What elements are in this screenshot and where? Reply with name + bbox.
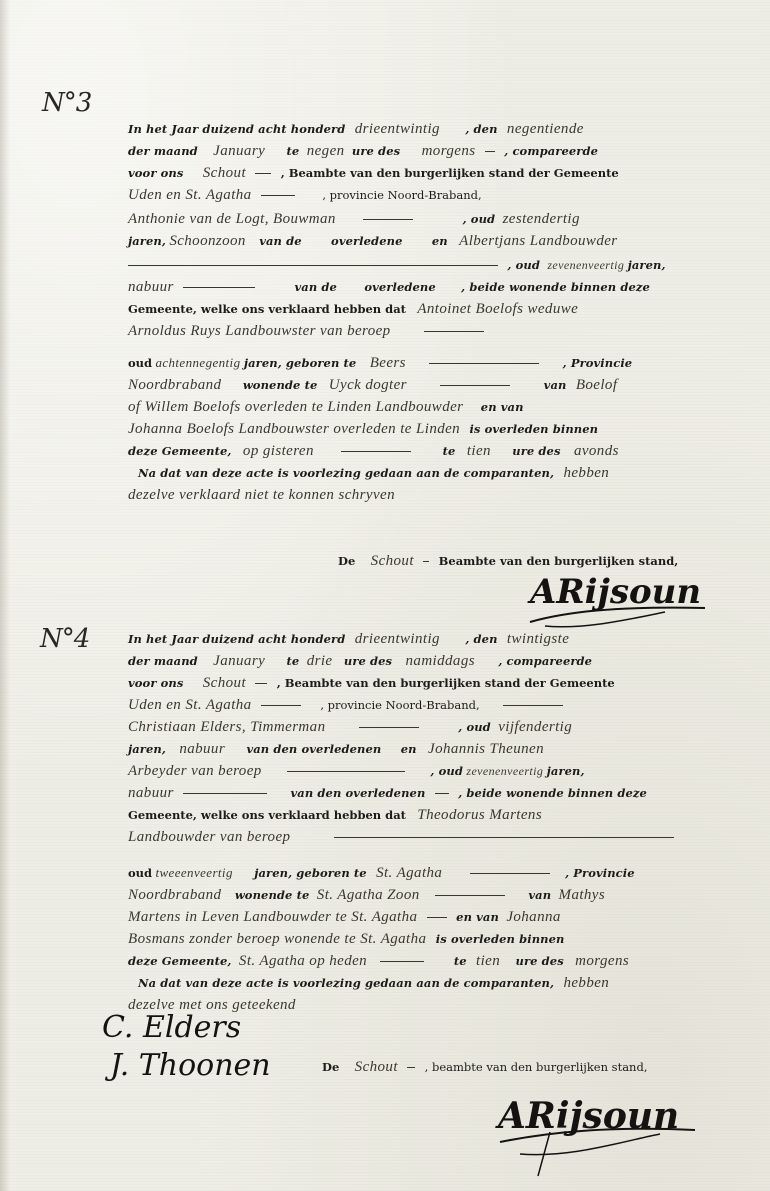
record-4-closing: De Schout , beambte van den burgerlijken…: [322, 1056, 722, 1078]
fill-dash: [470, 873, 550, 874]
record-4-line-9: Gemeente, welke ons verklaard hebben dat…: [128, 804, 710, 826]
handwritten-time-of-day: namiddags: [406, 653, 475, 669]
printed-text: te: [287, 144, 300, 158]
printed-text: jaren,: [128, 234, 166, 248]
fill-dash: [427, 917, 447, 918]
handwritten-age: achtennegentig: [155, 355, 240, 370]
fill-dash: [423, 561, 429, 562]
record-4-line-16: Na dat van deze acte is voorlezing gedaa…: [138, 972, 720, 994]
handwritten-age: vijfendertig: [498, 719, 572, 735]
fill-dash: [407, 1067, 415, 1068]
handwritten-declarant-2: Albertjans Landbouwder: [459, 233, 617, 249]
record-3-line-8: nabuur van de overledene , beide wonende…: [128, 276, 710, 298]
handwritten-occupation: Landbouwder van beroep: [128, 829, 290, 845]
page-edge-shadow: [0, 0, 10, 1191]
record-3-line-15: deze Gemeente, op gisteren te tien ure d…: [128, 440, 710, 462]
printed-text: De: [322, 1060, 339, 1074]
handwritten-relation: Schoonzoon: [169, 233, 246, 249]
printed-text: der maand: [128, 654, 198, 668]
printed-text: ure des: [512, 444, 560, 458]
witness-signature-2: J. Thoonen: [110, 1048, 271, 1083]
record-4-line-5: Christiaan Elders, Timmerman , oud vijfe…: [128, 716, 710, 738]
record-4-line-14: Bosmans zonder beroep wonende te St. Aga…: [128, 928, 710, 950]
handwritten-declarant-1: Christiaan Elders, Timmerman: [128, 719, 325, 735]
record-3-line-7: , oud zevenenveertig jaren,: [128, 254, 710, 276]
printed-text: , den: [465, 122, 497, 136]
printed-text: wonende te: [235, 888, 310, 902]
fill-dash: [363, 219, 413, 220]
record-4-line-10: Landbouwder van beroep: [128, 826, 710, 848]
handwritten-time-of-day: morgens: [422, 143, 476, 159]
record-3-line-13: of Willem Boelofs overleden te Linden La…: [128, 396, 710, 418]
record-4-line-1: In het Jaar duizend acht honderd drieent…: [128, 628, 710, 650]
handwritten-mother-details: Johanna Boelofs Landbouwster overleden t…: [128, 421, 460, 437]
record-4-line-12: Noordbraband wonende te St. Agatha Zoon …: [128, 884, 710, 906]
printed-text: , beide wonende binnen deze: [461, 280, 650, 294]
printed-text: , compareerde: [504, 144, 598, 158]
handwritten-declarant-1: Anthonie van de Logt, Bouwman: [128, 211, 336, 227]
handwritten-province: Noordbraband: [128, 887, 221, 903]
fill-dash: [435, 793, 449, 794]
record-4-line-13: Martens in Leven Landbouwder te St. Agat…: [128, 906, 710, 928]
handwritten-text: hebben: [563, 465, 609, 481]
handwritten-father-details: of Willem Boelofs overleden te Linden La…: [128, 399, 463, 415]
printed-text: van: [528, 888, 551, 902]
record-4-line-4: Uden en St. Agatha , provincie Noord-Bra…: [128, 694, 710, 716]
printed-text: deze Gemeente,: [128, 954, 232, 968]
printed-text: ure des: [344, 654, 392, 668]
printed-text: wonende te: [243, 378, 318, 392]
handwritten-residence: St. Agatha Zoon: [317, 887, 420, 903]
fill-dash: [183, 287, 255, 288]
printed-text: oud: [128, 356, 152, 370]
handwritten-office: Schout: [203, 675, 246, 691]
handwritten-declarant-2: Johannis Theunen: [428, 741, 544, 757]
document-page: N°3 In het Jaar duizend acht honderd dri…: [0, 0, 770, 1191]
printed-text: jaren,: [628, 258, 666, 272]
record-4-line-6: jaren, nabuur van den overledenen en Joh…: [128, 738, 710, 760]
printed-text: deze Gemeente,: [128, 444, 232, 458]
handwritten-statement: dezelve verklaard niet te konnen schryve…: [128, 487, 395, 503]
fill-dash: [503, 705, 563, 706]
record-3-line-5: Anthonie van de Logt, Bouwman , oud zest…: [128, 208, 710, 230]
printed-text: , provincie Noord-Braband,: [320, 698, 479, 712]
printed-text: der maand: [128, 144, 198, 158]
handwritten-father: Mathys: [559, 887, 606, 903]
record-3-line-16: Na dat van deze acte is voorlezing gedaa…: [138, 462, 720, 484]
handwritten-date: St. Agatha op heden: [239, 953, 367, 969]
printed-text: , den: [465, 632, 497, 646]
record-3-line-4: Uden en St. Agatha , provincie Noord-Bra…: [128, 184, 710, 206]
printed-text: is overleden binnen: [469, 422, 598, 436]
printed-text: overledene: [331, 234, 402, 248]
record-4-line-8: nabuur van den overledenen , beide wonen…: [128, 782, 710, 804]
printed-text: en van: [456, 910, 499, 924]
handwritten-age: zevenenveertig: [466, 764, 543, 778]
handwritten-residence: Uyck dogter: [329, 377, 407, 393]
printed-text: van den overledenen: [246, 742, 381, 756]
fill-dash: [380, 961, 424, 962]
record-4-line-7: Arbeyder van beroep , oud zevenenveertig…: [128, 760, 710, 782]
record-4-line-3: voor ons Schout , Beambte van den burger…: [128, 672, 710, 694]
handwritten-deceased: Theodorus Martens: [417, 807, 542, 823]
record-3-line-11: oud achtennegentig jaren, geboren te Bee…: [128, 352, 710, 374]
record-3-line-3: voor ons Schout , Beambte van den burger…: [128, 162, 710, 184]
printed-text: , oud: [430, 764, 463, 778]
handwritten-text: hebben: [563, 975, 609, 991]
printed-text: van den overledenen: [291, 786, 426, 800]
handwritten-office: Schout: [371, 553, 414, 569]
fill-dash: [287, 771, 405, 772]
printed-text: Gemeente, welke ons verklaard hebben dat: [128, 808, 406, 822]
printed-text: , compareerde: [498, 654, 592, 668]
handwritten-office: Schout: [203, 165, 246, 181]
printed-text: Na dat van deze acte is voorlezing gedaa…: [138, 466, 554, 480]
printed-text: , Beambte van den burgerlijken stand der…: [277, 676, 615, 690]
record-3-line-9: Gemeente, welke ons verklaard hebben dat…: [128, 298, 710, 320]
record-3-line-1: In het Jaar duizend acht honderd drieent…: [128, 118, 710, 140]
printed-text: De: [338, 554, 355, 568]
handwritten-municipality: Uden en St. Agatha: [128, 697, 252, 713]
handwritten-relation: nabuur: [128, 785, 174, 801]
printed-text: , provincie Noord-Braband,: [322, 188, 481, 202]
fill-dash: [341, 451, 411, 452]
printed-text: Na dat van deze acte is voorlezing gedaa…: [138, 976, 554, 990]
printed-text: te: [443, 444, 456, 458]
handwritten-hour: tien: [467, 443, 491, 459]
printed-text: In het Jaar duizend acht honderd: [128, 632, 345, 646]
handwritten-day: negentiende: [507, 121, 584, 137]
printed-text: , Beambte van den burgerlijken stand der…: [281, 166, 619, 180]
handwritten-deceased: Antoinet Boelofs weduwe: [417, 301, 578, 317]
printed-text: ure des: [516, 954, 564, 968]
record-3-line-12: Noordbraband wonende te Uyck dogter van …: [128, 374, 710, 396]
witness-signature-1: C. Elders: [102, 1010, 241, 1045]
record-3-line-6: jaren, Schoonzoon van de overledene en A…: [128, 230, 710, 252]
record-3-line-10: Arnoldus Ruys Landbouwster van beroep: [128, 320, 710, 342]
handwritten-office: Schout: [355, 1059, 398, 1075]
printed-text: te: [454, 954, 467, 968]
record-3-line-17: dezelve verklaard niet te konnen schryve…: [128, 484, 710, 506]
printed-text: te: [287, 654, 300, 668]
handwritten-relation: nabuur: [128, 279, 174, 295]
printed-text: ure des: [352, 144, 400, 158]
handwritten-date: op gisteren: [243, 443, 314, 459]
handwritten-age: tweeenveertig: [155, 865, 232, 880]
handwritten-hour: tien: [476, 953, 500, 969]
fill-dash: [440, 385, 510, 386]
handwritten-birthplace: St. Agatha: [376, 865, 442, 881]
handwritten-occupation: Arbeyder van beroep: [128, 763, 262, 779]
handwritten-mother: Johanna: [506, 909, 560, 925]
fill-dash: [128, 265, 498, 266]
printed-text: oud: [128, 866, 152, 880]
printed-text: Gemeente, welke ons verklaard hebben dat: [128, 302, 406, 316]
handwritten-father-details: Martens in Leven Landbouwder te St. Agat…: [128, 909, 417, 925]
handwritten-deceased-spouse: Arnoldus Ruys Landbouwster van beroep: [128, 323, 391, 339]
handwritten-year: drieentwintig: [355, 631, 440, 647]
handwritten-age: zevenenveertig: [547, 258, 624, 272]
fill-dash: [255, 173, 271, 174]
record-4-line-2: der maand January te drie ure des namidd…: [128, 650, 710, 672]
handwritten-day: twintigste: [507, 631, 569, 647]
printed-text: is overleden binnen: [436, 932, 565, 946]
printed-text: voor ons: [128, 166, 183, 180]
printed-text: jaren,: [547, 764, 585, 778]
printed-text: , Provincie: [565, 866, 635, 880]
printed-text: van: [544, 378, 567, 392]
printed-text: In het Jaar duizend acht honderd: [128, 122, 345, 136]
printed-text: , oud: [458, 720, 491, 734]
fill-dash: [261, 705, 301, 706]
handwritten-hour: negen: [307, 143, 345, 159]
handwritten-month: January: [213, 143, 265, 159]
handwritten-birthplace: Beers: [370, 355, 406, 371]
fill-dash: [183, 793, 267, 794]
record-3-line-14: Johanna Boelofs Landbouwster overleden t…: [128, 418, 710, 440]
handwritten-year: drieentwintig: [355, 121, 440, 137]
printed-text: , Provincie: [563, 356, 633, 370]
handwritten-month: January: [213, 653, 265, 669]
fill-dash: [485, 151, 495, 152]
printed-text: Beambte van den burgerlijken stand,: [439, 554, 679, 568]
printed-text: en: [401, 742, 417, 756]
fill-dash: [255, 683, 267, 684]
signature-flourish: [490, 1120, 710, 1180]
handwritten-father: Boelof: [576, 377, 618, 393]
handwritten-time-of-day: avonds: [574, 443, 619, 459]
handwritten-time-of-day: morgens: [575, 953, 629, 969]
handwritten-mother-details: Bosmans zonder beroep wonende te St. Aga…: [128, 931, 426, 947]
fill-dash: [429, 363, 539, 364]
printed-text: en van: [481, 400, 524, 414]
printed-text: , beide wonende binnen deze: [458, 786, 647, 800]
handwritten-province: Noordbraband: [128, 377, 221, 393]
fill-dash: [359, 727, 419, 728]
record-4-line-11: oud tweeenveertig jaren, geboren te St. …: [128, 862, 710, 884]
record-3-closing: De Schout Beambte van den burgerlijken s…: [338, 550, 718, 572]
handwritten-age: zestendertig: [503, 211, 580, 227]
printed-text: en: [432, 234, 448, 248]
record-3-line-2: der maand January te negen ure des morge…: [128, 140, 710, 162]
printed-text: , beambte van den burgerlijken stand,: [425, 1060, 648, 1074]
fill-dash: [424, 331, 484, 332]
printed-text: , oud: [507, 258, 540, 272]
handwritten-relation: nabuur: [179, 741, 225, 757]
fill-dash: [334, 837, 674, 838]
handwritten-municipality: Uden en St. Agatha: [128, 187, 252, 203]
printed-text: van de: [259, 234, 301, 248]
printed-text: overledene: [364, 280, 435, 294]
printed-text: jaren, geboren te: [254, 866, 367, 880]
record-4-line-15: deze Gemeente, St. Agatha op heden te ti…: [128, 950, 710, 972]
printed-text: van de: [295, 280, 337, 294]
printed-text: voor ons: [128, 676, 183, 690]
record-number-4: N°4: [40, 624, 89, 654]
fill-dash: [435, 895, 505, 896]
record-number-3: N°3: [42, 88, 91, 118]
printed-text: jaren, geboren te: [244, 356, 357, 370]
printed-text: jaren,: [128, 742, 166, 756]
printed-text: , oud: [463, 212, 496, 226]
handwritten-hour: drie: [307, 653, 333, 669]
fill-dash: [261, 195, 295, 196]
